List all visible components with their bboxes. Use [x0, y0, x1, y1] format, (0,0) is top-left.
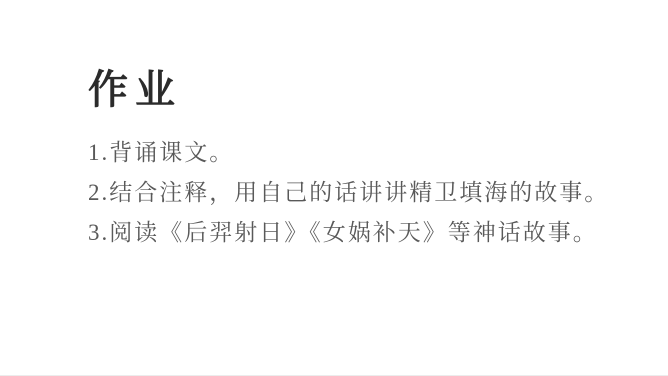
- homework-list: 1.背诵课文。 2.结合注释，用自己的话讲讲精卫填海的故事。 3.阅读《后羿射日…: [88, 133, 628, 253]
- homework-item-2: 2.结合注释，用自己的话讲讲精卫填海的故事。: [88, 173, 628, 213]
- slide-title: 作业: [88, 68, 182, 112]
- homework-item-3: 3.阅读《后羿射日》《女娲补天》等神话故事。: [88, 213, 628, 253]
- presentation-slide: 作业 1.背诵课文。 2.结合注释，用自己的话讲讲精卫填海的故事。 3.阅读《后…: [0, 0, 668, 376]
- homework-item-1: 1.背诵课文。: [88, 133, 628, 173]
